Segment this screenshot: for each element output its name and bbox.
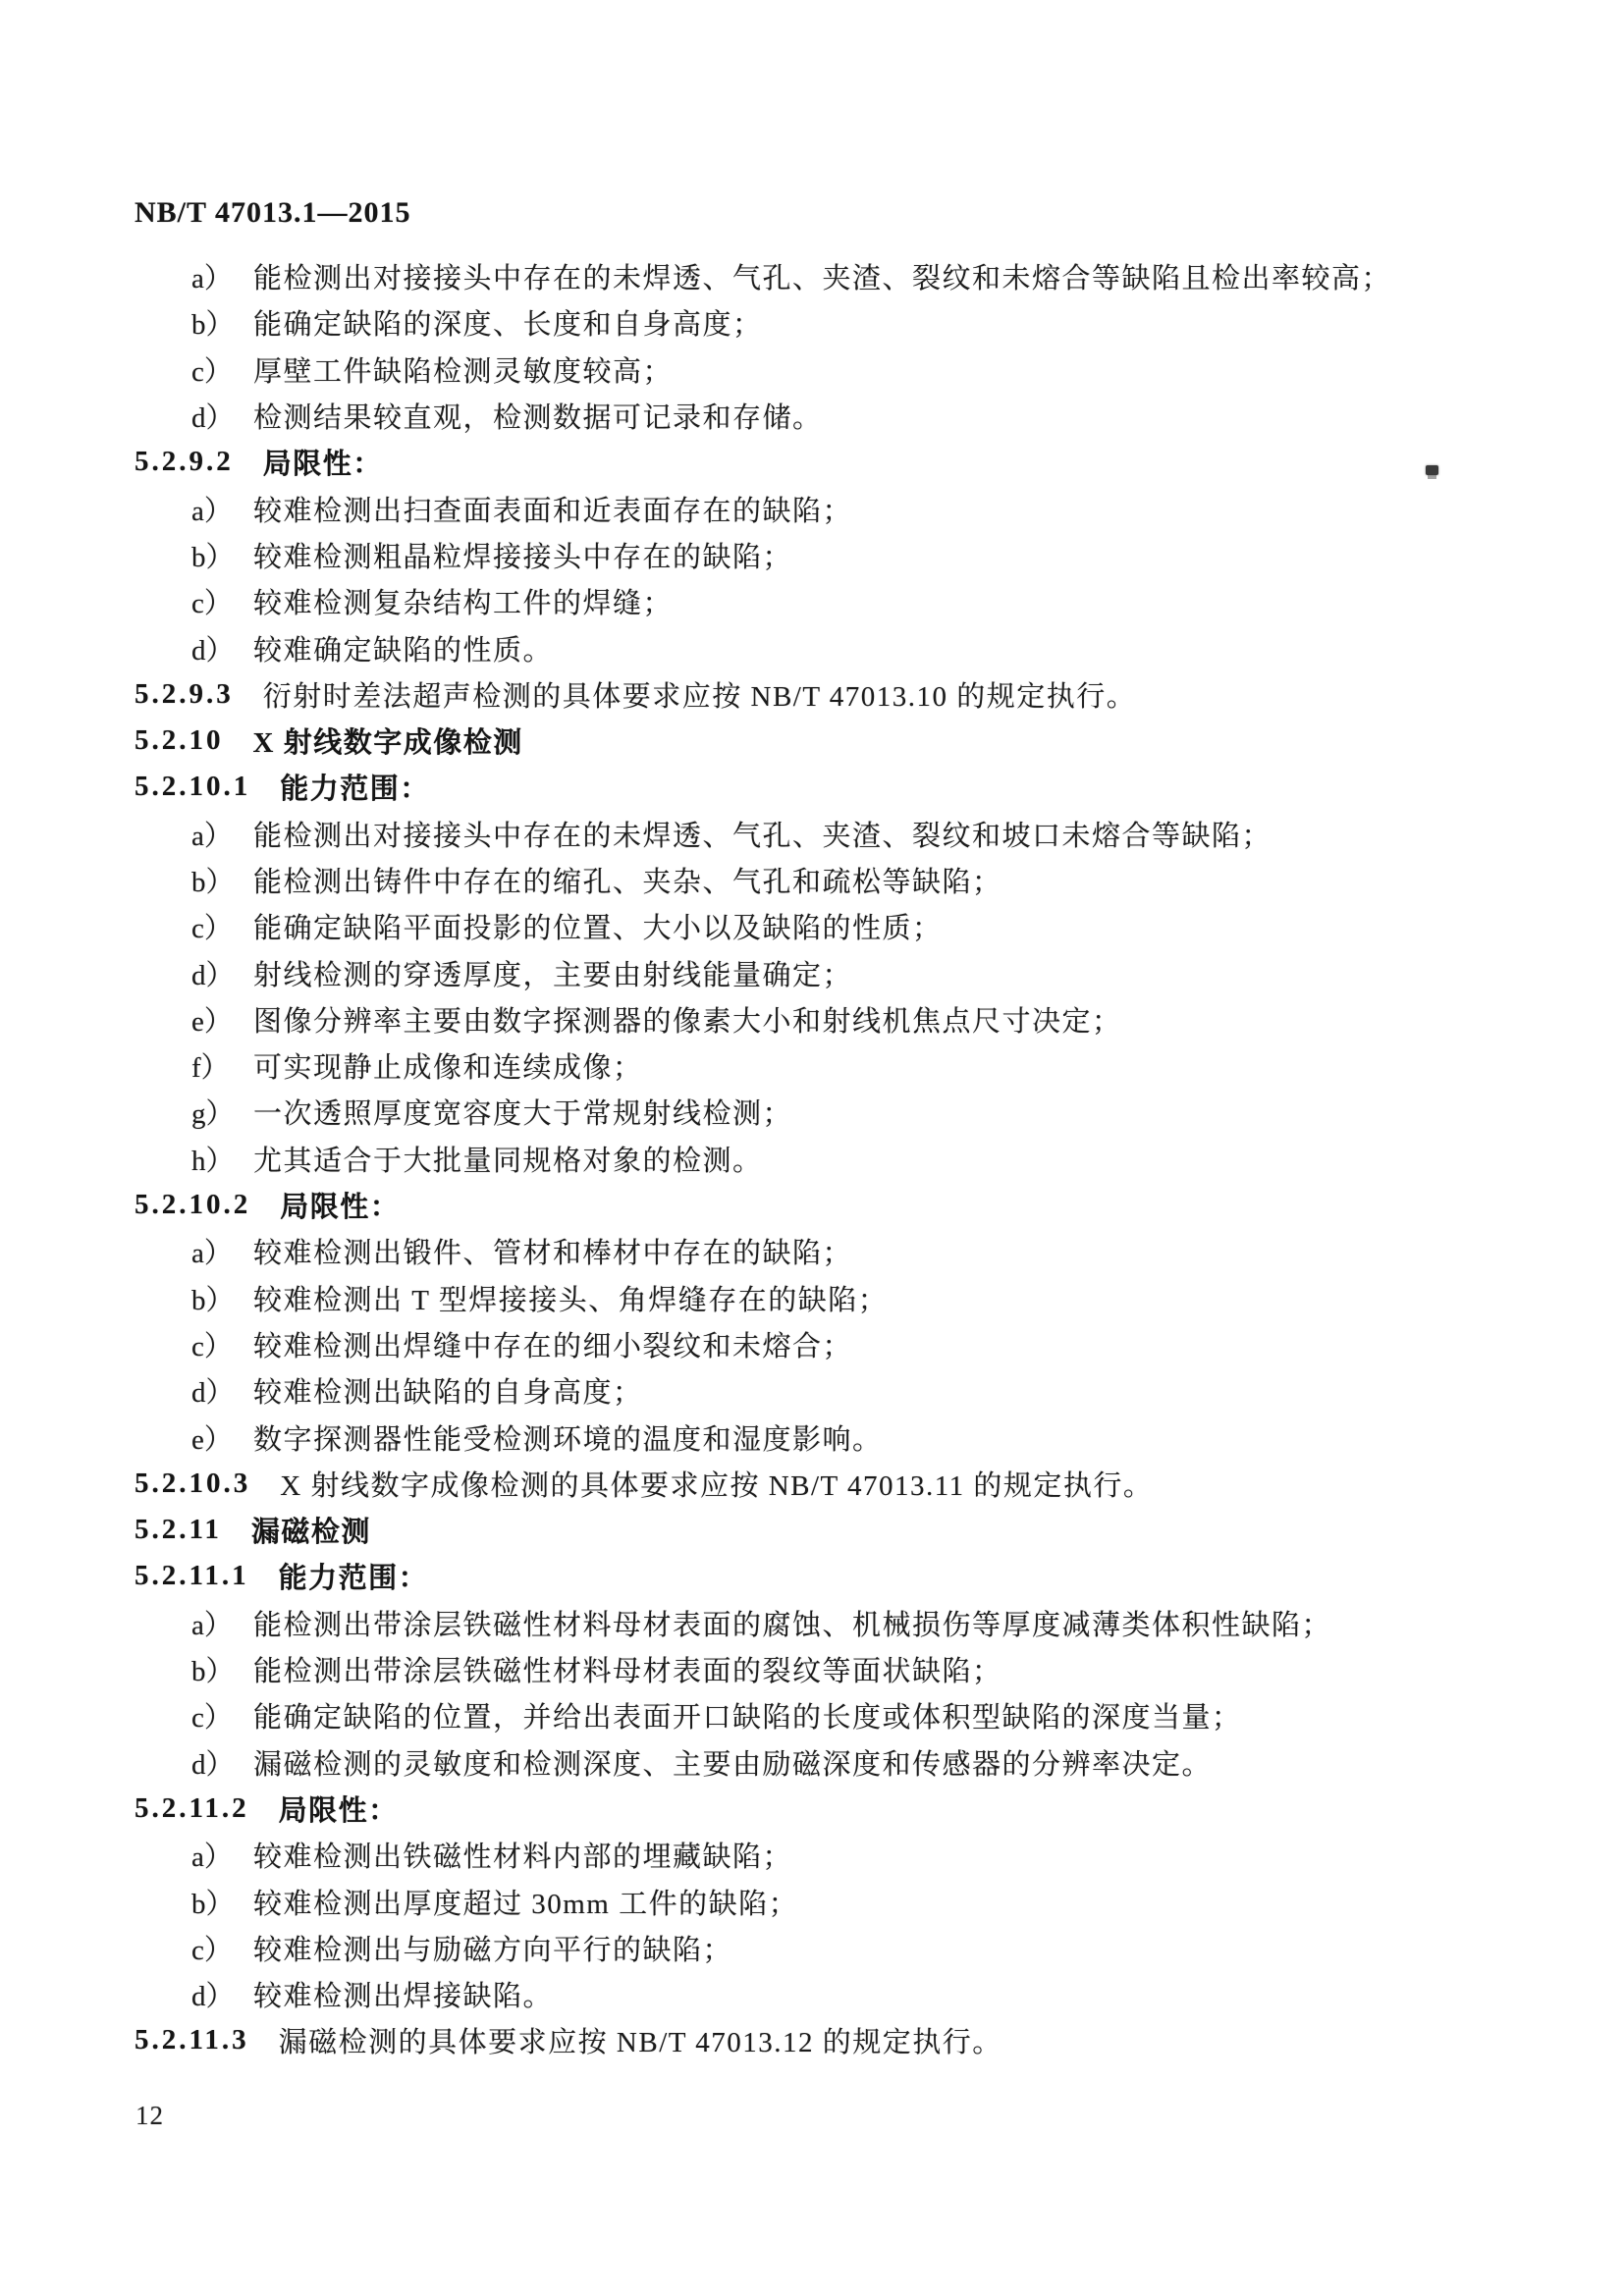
list-item-text: 能确定缺陷的深度、长度和自身高度； — [253, 302, 763, 343]
clause-number: 5.2.10 — [135, 724, 224, 757]
list-item: a）较难检测出锻件、管材和棒材中存在的缺陷； — [135, 1228, 1529, 1274]
clause-text: 局限性： — [279, 1789, 399, 1829]
clause-text: 能力范围： — [280, 767, 430, 807]
list-item: b）能确定缺陷的深度、长度和自身高度； — [135, 299, 1529, 346]
list-item-letter: d） — [191, 1974, 253, 2014]
clause-text: 衍射时差法超声检测的具体要求应按 NB/T 47013.10 的规定执行。 — [263, 674, 1137, 715]
list-item: d）较难确定缺陷的性质。 — [135, 624, 1529, 670]
clause-heading: 5.2.11漏磁检测 — [135, 1507, 1529, 1553]
list-item: g）一次透照厚度宽容度大于常规射线检测； — [135, 1089, 1529, 1135]
list-item-letter: d） — [191, 396, 253, 436]
list-item-letter: e） — [191, 999, 253, 1040]
clause-heading: 5.2.10X 射线数字成像检测 — [135, 718, 1529, 764]
list-item-text: 厚壁工件缺陷检测灵敏度较高； — [253, 349, 673, 390]
list-item: d）较难检测出缺陷的自身高度； — [135, 1367, 1529, 1414]
clause-text: X 射线数字成像检测 — [253, 721, 523, 761]
clause-text: 局限性： — [280, 1185, 400, 1225]
list-item-letter: b） — [191, 302, 253, 343]
page-number: 12 — [135, 2101, 164, 2131]
clause-lines: a）能检测出对接接头中存在的未焊透、气孔、夹渣、裂纹和未熔合等缺陷且检出率较高；… — [135, 253, 1529, 2064]
clause-heading: 5.2.9.3衍射时差法超声检测的具体要求应按 NB/T 47013.10 的规… — [135, 671, 1529, 718]
clause-number: 5.2.10.3 — [135, 1468, 250, 1500]
list-item-text: 能检测出对接接头中存在的未焊透、气孔、夹渣、裂纹和坡口未熔合等缺陷； — [253, 814, 1272, 854]
document-header: NB/T 47013.1—2015 — [135, 196, 410, 230]
list-item-text: 能检测出带涂层铁磁性材料母材表面的腐蚀、机械损伤等厚度减薄类体积性缺陷； — [253, 1603, 1331, 1643]
list-item-text: 较难检测出锻件、管材和棒材中存在的缺陷； — [253, 1231, 852, 1271]
list-item-text: 图像分辨率主要由数字探测器的像素大小和射线机焦点尺寸决定； — [253, 999, 1122, 1040]
list-item: c）较难检测复杂结构工件的焊缝； — [135, 578, 1529, 624]
list-item-letter: d） — [191, 1370, 253, 1411]
clause-heading: 5.2.11.1能力范围： — [135, 1553, 1529, 1599]
list-item: c）较难检测出与励磁方向平行的缺陷； — [135, 1925, 1529, 1971]
list-item: e）数字探测器性能受检测环境的温度和湿度影响。 — [135, 1414, 1529, 1460]
clause-number: 5.2.9.2 — [135, 446, 234, 478]
list-item-letter: d） — [191, 953, 253, 993]
list-item-letter: f） — [191, 1045, 253, 1086]
list-item: c）能确定缺陷的位置，并给出表面开口缺陷的长度或体积型缺陷的深度当量； — [135, 1692, 1529, 1738]
list-item-letter: a） — [191, 489, 253, 529]
list-item: a）能检测出对接接头中存在的未焊透、气孔、夹渣、裂纹和未熔合等缺陷且检出率较高； — [135, 253, 1529, 299]
list-item: e）图像分辨率主要由数字探测器的像素大小和射线机焦点尺寸决定； — [135, 996, 1529, 1042]
list-item-letter: c） — [191, 1695, 253, 1735]
clause-heading: 5.2.10.1能力范围： — [135, 764, 1529, 810]
clause-number: 5.2.11 — [135, 1514, 222, 1546]
list-item-letter: h） — [191, 1139, 253, 1179]
clause-text: 能力范围： — [279, 1556, 429, 1596]
clause-text: 局限性： — [263, 442, 383, 482]
clause-text: X 射线数字成像检测的具体要求应按 NB/T 47013.11 的规定执行。 — [280, 1464, 1153, 1504]
list-item-text: 较难检测出焊缝中存在的细小裂纹和未熔合； — [253, 1324, 852, 1364]
list-item: b）能检测出铸件中存在的缩孔、夹杂、气孔和疏松等缺陷； — [135, 857, 1529, 903]
list-item: d）较难检测出焊接缺陷。 — [135, 1971, 1529, 2017]
list-item: h）尤其适合于大批量同规格对象的检测。 — [135, 1136, 1529, 1182]
list-item-letter: a） — [191, 1603, 253, 1643]
list-item-text: 较难检测出 T 型焊接接头、角焊缝存在的缺陷； — [253, 1278, 888, 1318]
list-item-text: 较难检测粗晶粒焊接接头中存在的缺陷； — [253, 535, 792, 575]
clause-number: 5.2.9.3 — [135, 678, 234, 711]
clause-text: 漏磁检测的具体要求应按 NB/T 47013.12 的规定执行。 — [279, 2020, 1002, 2060]
clause-heading: 5.2.10.2局限性： — [135, 1182, 1529, 1228]
list-item-letter: b） — [191, 1649, 253, 1689]
list-item: a）较难检测出铁磁性材料内部的埋藏缺陷； — [135, 1832, 1529, 1878]
list-item-text: 较难检测出铁磁性材料内部的埋藏缺陷； — [253, 1835, 792, 1875]
list-item-letter: a） — [191, 1835, 253, 1875]
list-item: d）射线检测的穿透厚度，主要由射线能量确定； — [135, 949, 1529, 995]
list-item-text: 较难检测出缺陷的自身高度； — [253, 1370, 643, 1411]
list-item-letter: a） — [191, 814, 253, 854]
list-item-letter: c） — [191, 1324, 253, 1364]
list-item-text: 较难检测出与励磁方向平行的缺陷； — [253, 1928, 732, 1968]
clause-heading: 5.2.11.3漏磁检测的具体要求应按 NB/T 47013.12 的规定执行。 — [135, 2017, 1529, 2063]
list-item: a）能检测出带涂层铁磁性材料母材表面的腐蚀、机械损伤等厚度减薄类体积性缺陷； — [135, 1600, 1529, 1646]
list-item-text: 检测结果较直观，检测数据可记录和存储。 — [253, 396, 823, 436]
clause-heading: 5.2.11.2局限性： — [135, 1786, 1529, 1832]
list-item-letter: b） — [191, 1278, 253, 1318]
list-item-text: 较难检测出厚度超过 30mm 工件的缺陷； — [253, 1882, 798, 1922]
list-item-letter: c） — [191, 1928, 253, 1968]
list-item-text: 较难检测出扫查面表面和近表面存在的缺陷； — [253, 489, 852, 529]
list-item-letter: e） — [191, 1417, 253, 1458]
list-item: b）较难检测粗晶粒焊接接头中存在的缺陷； — [135, 532, 1529, 578]
list-item-text: 较难检测出焊接缺陷。 — [253, 1974, 553, 2014]
list-item-text: 尤其适合于大批量同规格对象的检测。 — [253, 1139, 763, 1179]
list-item-text: 较难检测复杂结构工件的焊缝； — [253, 581, 673, 621]
list-item-letter: b） — [191, 860, 253, 900]
list-item-letter: d） — [191, 1742, 253, 1783]
list-item-letter: b） — [191, 1882, 253, 1922]
list-item: a）能检测出对接接头中存在的未焊透、气孔、夹渣、裂纹和坡口未熔合等缺陷； — [135, 811, 1529, 857]
list-item-letter: a） — [191, 1231, 253, 1271]
list-item: b）较难检测出 T 型焊接接头、角焊缝存在的缺陷； — [135, 1275, 1529, 1321]
list-item-text: 能确定缺陷的位置，并给出表面开口缺陷的长度或体积型缺陷的深度当量； — [253, 1695, 1242, 1735]
list-item-text: 能检测出铸件中存在的缩孔、夹杂、气孔和疏松等缺陷； — [253, 860, 1002, 900]
clause-text: 漏磁检测 — [251, 1510, 371, 1550]
clause-number: 5.2.11.3 — [135, 2024, 249, 2056]
list-item: c）能确定缺陷平面投影的位置、大小以及缺陷的性质； — [135, 903, 1529, 949]
list-item: f）可实现静止成像和连续成像； — [135, 1042, 1529, 1089]
clause-number: 5.2.10.2 — [135, 1189, 250, 1221]
list-item-letter: a） — [191, 256, 253, 296]
list-item-text: 射线检测的穿透厚度，主要由射线能量确定； — [253, 953, 852, 993]
list-item-text: 能确定缺陷平面投影的位置、大小以及缺陷的性质； — [253, 906, 943, 946]
clause-heading: 5.2.10.3X 射线数字成像检测的具体要求应按 NB/T 47013.11 … — [135, 1461, 1529, 1507]
list-item-letter: b） — [191, 535, 253, 575]
list-item-letter: d） — [191, 628, 253, 668]
list-item-text: 数字探测器性能受检测环境的温度和湿度影响。 — [253, 1417, 883, 1458]
list-item: d）检测结果较直观，检测数据可记录和存储。 — [135, 393, 1529, 439]
list-item-text: 漏磁检测的灵敏度和检测深度、主要由励磁深度和传感器的分辨率决定。 — [253, 1742, 1212, 1783]
clause-number: 5.2.11.1 — [135, 1560, 249, 1592]
list-item: a）较难检测出扫查面表面和近表面存在的缺陷； — [135, 485, 1529, 531]
list-item: c）较难检测出焊缝中存在的细小裂纹和未熔合； — [135, 1321, 1529, 1367]
list-item-letter: c） — [191, 349, 253, 390]
list-item-letter: c） — [191, 581, 253, 621]
list-item-text: 可实现静止成像和连续成像； — [253, 1045, 643, 1086]
clause-number: 5.2.10.1 — [135, 771, 250, 803]
clause-number: 5.2.11.2 — [135, 1792, 249, 1825]
list-item: b）较难检测出厚度超过 30mm 工件的缺陷； — [135, 1878, 1529, 1924]
clause-heading: 5.2.9.2局限性： — [135, 439, 1529, 485]
list-item: d）漏磁检测的灵敏度和检测深度、主要由励磁深度和传感器的分辨率决定。 — [135, 1739, 1529, 1786]
list-item: b）能检测出带涂层铁磁性材料母材表面的裂纹等面状缺陷； — [135, 1646, 1529, 1692]
list-item-text: 较难确定缺陷的性质。 — [253, 628, 553, 668]
list-item-text: 能检测出带涂层铁磁性材料母材表面的裂纹等面状缺陷； — [253, 1649, 1002, 1689]
list-item-text: 能检测出对接接头中存在的未焊透、气孔、夹渣、裂纹和未熔合等缺陷且检出率较高； — [253, 256, 1391, 296]
list-item-text: 一次透照厚度宽容度大于常规射线检测； — [253, 1092, 792, 1132]
list-item-letter: g） — [191, 1092, 253, 1132]
list-item: c）厚壁工件缺陷检测灵敏度较高； — [135, 347, 1529, 393]
list-item-letter: c） — [191, 906, 253, 946]
scanned-standard-page: NB/T 47013.1—2015 a）能检测出对接接头中存在的未焊透、气孔、夹… — [0, 0, 1624, 2296]
